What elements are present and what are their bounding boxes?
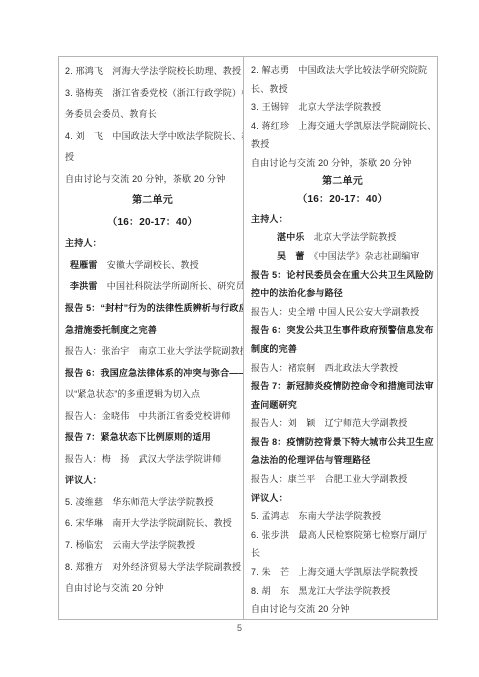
program-line: 3. 骆梅英 浙江省委党校（浙江行政学院）校 [65, 83, 240, 105]
program-line-text: 务委员会委员、教育长 [65, 109, 157, 119]
program-line: 6. 张步洪 最高人民检察院第七检察厅副厅 [251, 526, 434, 545]
program-column-left: 2. 邢鸿飞 河海大学法学院校长助理、教授3. 骆梅英 浙江省委党校（浙江行政学… [59, 57, 244, 619]
program-line: 第二单元 [251, 173, 434, 192]
program-line-text: 4. 蒋红珍 上海交通大学凯原法学院副院长、 [251, 121, 436, 131]
program-line-text: 报告人：张治宇 南京工业大学法学院副教授 [65, 346, 244, 356]
program-line: 教授 [251, 135, 434, 154]
program-table: 2. 邢鸿飞 河海大学法学院校长助理、教授3. 骆梅英 浙江省委党校（浙江行政学… [58, 56, 438, 620]
program-line-text: 教授 [251, 139, 269, 149]
program-line-bold-text: 制度的完善 [251, 344, 297, 354]
program-line: 急法治的伦理评估与管理路径 [251, 451, 434, 470]
program-line-text: 5. 凌维慈 华东师范大学法学院教授 [65, 497, 214, 507]
program-line: 长 [251, 544, 434, 563]
program-line-text: 自由讨论与交流 20 分钟，茶歇 20 分钟 [251, 158, 411, 168]
program-line: 自由讨论与交流 20 分钟 [65, 578, 240, 600]
program-line-bold-text: 吴 蕾 [277, 251, 305, 261]
program-line: （16：20-17：40） [251, 191, 434, 210]
program-line-text: 安徽大学副校长、教授 [98, 260, 199, 270]
program-line-bold-text: 报告 5：“封村”行为的法律性质辨析与行政应 [65, 303, 244, 313]
program-line-text: 6. 宋华琳 南开大学法学院副院长、教授 [65, 518, 232, 528]
program-line: 报告 6：我国应急法律体系的冲突与弥合—— [65, 363, 240, 385]
program-line: 报告 7：新冠肺炎疫情防控命令和措施司法审 [251, 377, 434, 396]
program-line-text: 长、教授 [251, 84, 288, 94]
program-line: 主持人： [251, 210, 434, 229]
program-line-bold-text: 查问题研究 [251, 400, 297, 410]
program-line-bold-text: 报告 7：紧急状态下比例原则的适用 [65, 432, 211, 442]
program-line: 8. 胡 东 黑龙江大学法学院教授 [251, 582, 434, 601]
program-line-text: 报告人：史全增 中国人民公安大学副教授 [251, 307, 419, 317]
program-line-bold-text: 报告 5：论村民委员会在重大公共卫生风险防 [251, 270, 434, 280]
program-line: 3. 王锡锌 北京大学法学院教授 [251, 98, 434, 117]
program-line-bold-text: 评议人： [65, 475, 102, 485]
program-line-bold-text: 李洪雷 [70, 281, 98, 291]
program-line: 6. 宋华琳 南开大学法学院副院长、教授 [65, 513, 240, 535]
program-line: 主持人： [65, 233, 240, 255]
program-line-bold-text: 评议人： [251, 493, 288, 503]
program-line-text: 3. 骆梅英 浙江省委党校（浙江行政学院）校 [65, 88, 244, 98]
program-line: 制度的完善 [251, 340, 434, 359]
program-line-text: 授 [65, 152, 74, 162]
program-line-bold-text: 主持人： [251, 214, 288, 224]
program-line: 报告 5：论村民委员会在重大公共卫生风险防 [251, 266, 434, 285]
program-line: 2. 邢鸿飞 河海大学法学院校长助理、教授 [65, 61, 240, 83]
program-line: 报告人：褚宸舸 西北政法大学教授 [251, 359, 434, 378]
program-line: 自由讨论与交流 20 分钟，茶歇 20 分钟 [251, 154, 434, 173]
program-line: 2. 解志勇 中国政法大学比较法学研究院院 [251, 61, 434, 80]
program-line-text: 8. 胡 东 黑龙江大学法学院教授 [251, 586, 390, 596]
program-line-text: 自由讨论与交流 20 分钟 [65, 583, 164, 593]
program-line-text: 自由讨论与交流 20 分钟 [251, 604, 350, 614]
program-line: 长、教授 [251, 80, 434, 99]
program-line: 程雁雷 安徽大学副校长、教授 [65, 255, 240, 277]
program-line-bold-text: 急法治的伦理评估与管理路径 [251, 455, 371, 465]
program-line: 报告 5：“封村”行为的法律性质辨析与行政应 [65, 298, 240, 320]
program-line-bold-text: 湛中乐 [277, 232, 305, 242]
program-line: 报告 6：突发公共卫生事件政府预警信息发布 [251, 321, 434, 340]
program-line: 自由讨论与交流 20 分钟，茶歇 20 分钟 [65, 169, 240, 191]
program-line-text: 3. 王锡锌 北京大学法学院教授 [251, 102, 381, 112]
program-line-text: 长 [251, 548, 260, 558]
program-line-text: 中国社科院法学所副所长、研究员 [98, 281, 244, 291]
program-line: 5. 凌维慈 华东师范大学法学院教授 [65, 492, 240, 514]
program-line: 报告人：刘 颖 辽宁师范大学副教授 [251, 414, 434, 433]
program-line: 吴 蕾 《中国法学》杂志社副编审 [251, 247, 434, 266]
program-line-bold-text: 报告 7：新冠肺炎疫情防控命令和措施司法审 [251, 381, 434, 391]
program-line: 控中的法治化参与路径 [251, 284, 434, 303]
program-line-bold-text: （16：20-17：40） [107, 217, 197, 228]
program-line-text: 7. 朱 芒 上海交通大学凯原法学院教授 [251, 567, 418, 577]
program-line: 4. 蒋红珍 上海交通大学凯原法学院副院长、 [251, 117, 434, 136]
program-line: 授 [65, 147, 240, 169]
program-line-bold-text: 程雁雷 [70, 260, 98, 270]
program-line-bold-text: 急措施委托制度之完善 [65, 325, 157, 335]
program-line: 报告人：史全增 中国人民公安大学副教授 [251, 303, 434, 322]
program-line-text: 北京大学法学院教授 [305, 232, 397, 242]
program-line: 报告人：康兰平 合肥工业大学副教授 [251, 470, 434, 489]
program-line-text: 《中国法学》杂志社副编审 [305, 251, 420, 261]
program-line: 报告 7：紧急状态下比例原则的适用 [65, 427, 240, 449]
program-line: 李洪雷 中国社科院法学所副所长、研究员 [65, 276, 240, 298]
program-line-text: 7. 杨临宏 云南大学法学院教授 [65, 540, 195, 550]
program-line: 查问题研究 [251, 396, 434, 415]
program-line: 第二单元 [65, 190, 240, 212]
program-column-right: 2. 解志勇 中国政法大学比较法学研究院院长、教授3. 王锡锌 北京大学法学院教… [244, 57, 437, 619]
document-page: 2. 邢鸿飞 河海大学法学院校长助理、教授3. 骆梅英 浙江省委党校（浙江行政学… [0, 0, 479, 677]
program-line: 4. 刘 飞 中国政法大学中欧法学院院长、教 [65, 126, 240, 148]
program-line-text: 2. 邢鸿飞 河海大学法学院校长助理、教授 [65, 66, 241, 76]
program-line-bold-text: 第二单元 [132, 195, 173, 206]
program-line: 7. 朱 芒 上海交通大学凯原法学院教授 [251, 563, 434, 582]
program-line: 务委员会委员、教育长 [65, 104, 240, 126]
program-line-text: 2. 解志勇 中国政法大学比较法学研究院院 [251, 65, 427, 75]
program-line: 急措施委托制度之完善 [65, 320, 240, 342]
program-line: （16：20-17：40） [65, 212, 240, 234]
program-line-text: 报告人：金晓伟 中共浙江省委党校讲师 [65, 411, 231, 421]
program-line: 评议人： [65, 470, 240, 492]
program-line-bold-text: 控中的法治化参与路径 [251, 288, 343, 298]
program-line-text: 报告人：褚宸舸 西北政法大学教授 [251, 363, 398, 373]
program-line: 报告人：梅 扬 武汉大学法学院讲师 [65, 449, 240, 471]
program-line: 8. 郑雅方 对外经济贸易大学法学院副教授 [65, 557, 240, 579]
program-line-text: 以“紧急状态”的多重逻辑为切入点 [65, 389, 200, 399]
program-line: 7. 杨临宏 云南大学法学院教授 [65, 535, 240, 557]
program-line-bold-text: 报告 8：疫情防控背景下特大城市公共卫生应 [251, 437, 434, 447]
program-line-text: 报告人：康兰平 合肥工业大学副教授 [251, 474, 407, 484]
program-line-text: 6. 张步洪 最高人民检察院第七检察厅副厅 [251, 530, 427, 540]
program-line: 自由讨论与交流 20 分钟 [251, 600, 434, 619]
page-number: 5 [0, 623, 479, 633]
program-line-text: 报告人：梅 扬 武汉大学法学院讲师 [65, 454, 221, 464]
program-line-text: 8. 郑雅方 对外经济贸易大学法学院副教授 [65, 562, 241, 572]
program-line-text: 4. 刘 飞 中国政法大学中欧法学院院长、教 [65, 131, 244, 141]
program-line-bold-text: 报告 6：突发公共卫生事件政府预警信息发布 [251, 325, 434, 335]
program-line-bold-text: 第二单元 [322, 176, 363, 187]
program-line: 5. 孟鸿志 东南大学法学院教授 [251, 507, 434, 526]
program-line: 评议人： [251, 489, 434, 508]
program-line-text: 自由讨论与交流 20 分钟，茶歇 20 分钟 [65, 174, 225, 184]
program-line-text: 报告人：刘 颖 辽宁师范大学副教授 [251, 418, 407, 428]
program-line-text: 5. 孟鸿志 东南大学法学院教授 [251, 511, 381, 521]
program-line: 报告人：张治宇 南京工业大学法学院副教授 [65, 341, 240, 363]
program-line: 以“紧急状态”的多重逻辑为切入点 [65, 384, 240, 406]
program-line: 湛中乐 北京大学法学院教授 [251, 228, 434, 247]
program-line-bold-text: 主持人： [65, 238, 102, 248]
program-line: 报告人：金晓伟 中共浙江省委党校讲师 [65, 406, 240, 428]
program-line-bold-text: 报告 6：我国应急法律体系的冲突与弥合—— [65, 368, 244, 378]
program-line: 报告 8：疫情防控背景下特大城市公共卫生应 [251, 433, 434, 452]
program-line-bold-text: （16：20-17：40） [297, 194, 387, 205]
